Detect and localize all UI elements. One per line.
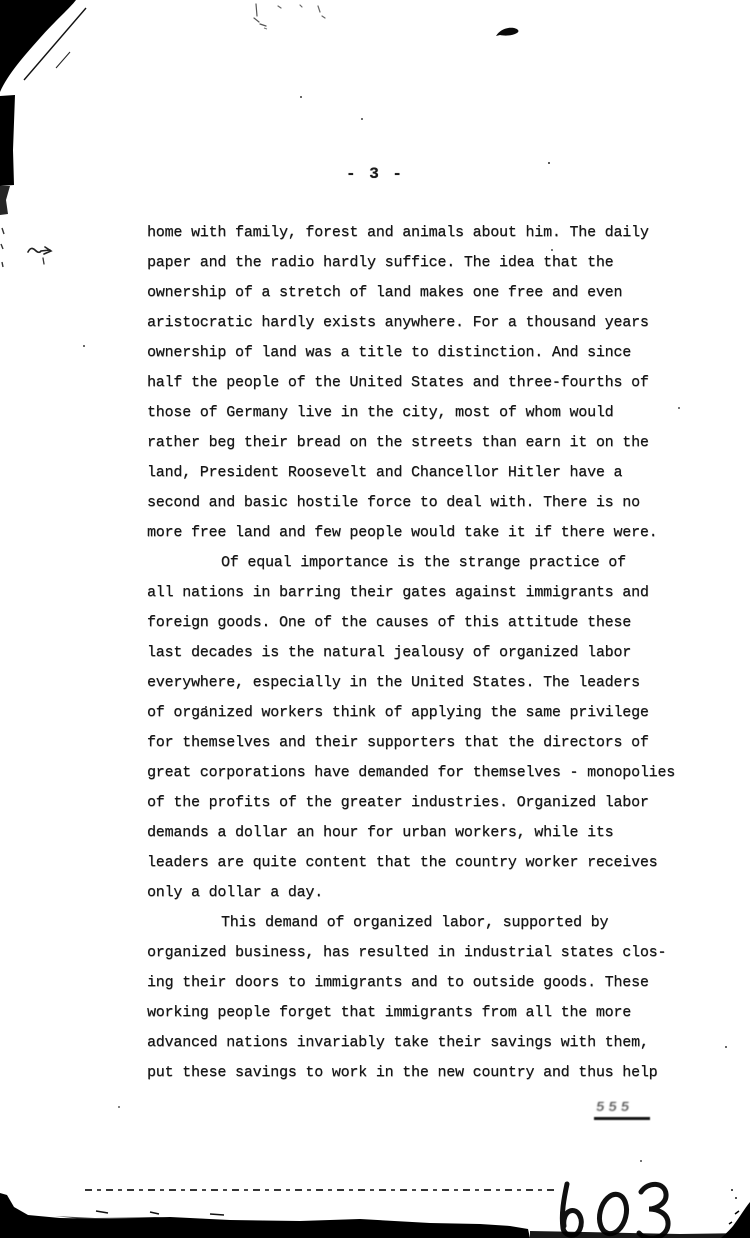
text-line: Of equal importance is the strange pract… [147,548,707,578]
text-line: of the profits of the greater industries… [147,788,707,818]
text-line: foreign goods. One of the causes of this… [147,608,707,638]
text-line: last decades is the natural jealousy of … [147,638,707,668]
page-number: - 3 - [0,165,750,183]
text-line: leaders are quite content that the count… [147,848,707,878]
text-line: paper and the radio hardly suffice. The … [147,248,707,278]
text-line: working people forget that immigrants fr… [147,998,707,1028]
scan-dashed-line-artifact [85,1189,555,1191]
text-line: only a dollar a day. [147,878,707,908]
pen-squiggle-left-margin [26,244,56,270]
text-line: home with family, forest and animals abo… [147,218,707,248]
paragraph: This demand of organized labor, supporte… [147,908,707,1088]
text-line: This demand of organized labor, supporte… [147,908,707,938]
scan-corner-bottom-right-artifact [715,1200,750,1238]
text-line: all nations in barring their gates again… [147,578,707,608]
text-line: organized business, has resulted in indu… [147,938,707,968]
text-line: everywhere, especially in the United Sta… [147,668,707,698]
faint-stamp-underline [594,1117,650,1120]
text-line: those of Germany live in the city, most … [147,398,707,428]
text-line: more free land and few people would take… [147,518,707,548]
text-line: for themselves and their supporters that… [147,728,707,758]
text-line: put these savings to work in the new cou… [147,1058,707,1088]
text-line: land, President Roosevelt and Chancellor… [147,458,707,488]
text-line: ownership of land was a title to distinc… [147,338,707,368]
pencil-scribble-top [248,2,338,42]
text-line: great corporations have demanded for the… [147,758,707,788]
text-block: home with family, forest and animals abo… [147,218,707,1088]
paragraph: home with family, forest and animals abo… [147,218,707,548]
paragraph: Of equal importance is the strange pract… [147,548,707,908]
text-line: of organized workers think of applying t… [147,698,707,728]
text-line: ownership of a stretch of land makes one… [147,278,707,308]
text-line: ing their doors to immigrants and to out… [147,968,707,998]
scanned-document-page: - 3 - home with family, forest and anima… [0,0,750,1238]
text-line: half the people of the United States and… [147,368,707,398]
dust-specks [0,0,2,2]
handwritten-page-number [545,1178,695,1238]
text-line: second and basic hostile force to deal w… [147,488,707,518]
text-line: rather beg their bread on the streets th… [147,428,707,458]
scan-edge-bottom-artifact [0,1185,750,1238]
text-line: advanced nations invariably take their s… [147,1028,707,1058]
faint-stamp-number: 555 [595,1100,634,1116]
text-line: aristocratic hardly exists anywhere. For… [147,308,707,338]
text-line: demands a dollar an hour for urban worke… [147,818,707,848]
ink-flick-mark [492,24,528,42]
